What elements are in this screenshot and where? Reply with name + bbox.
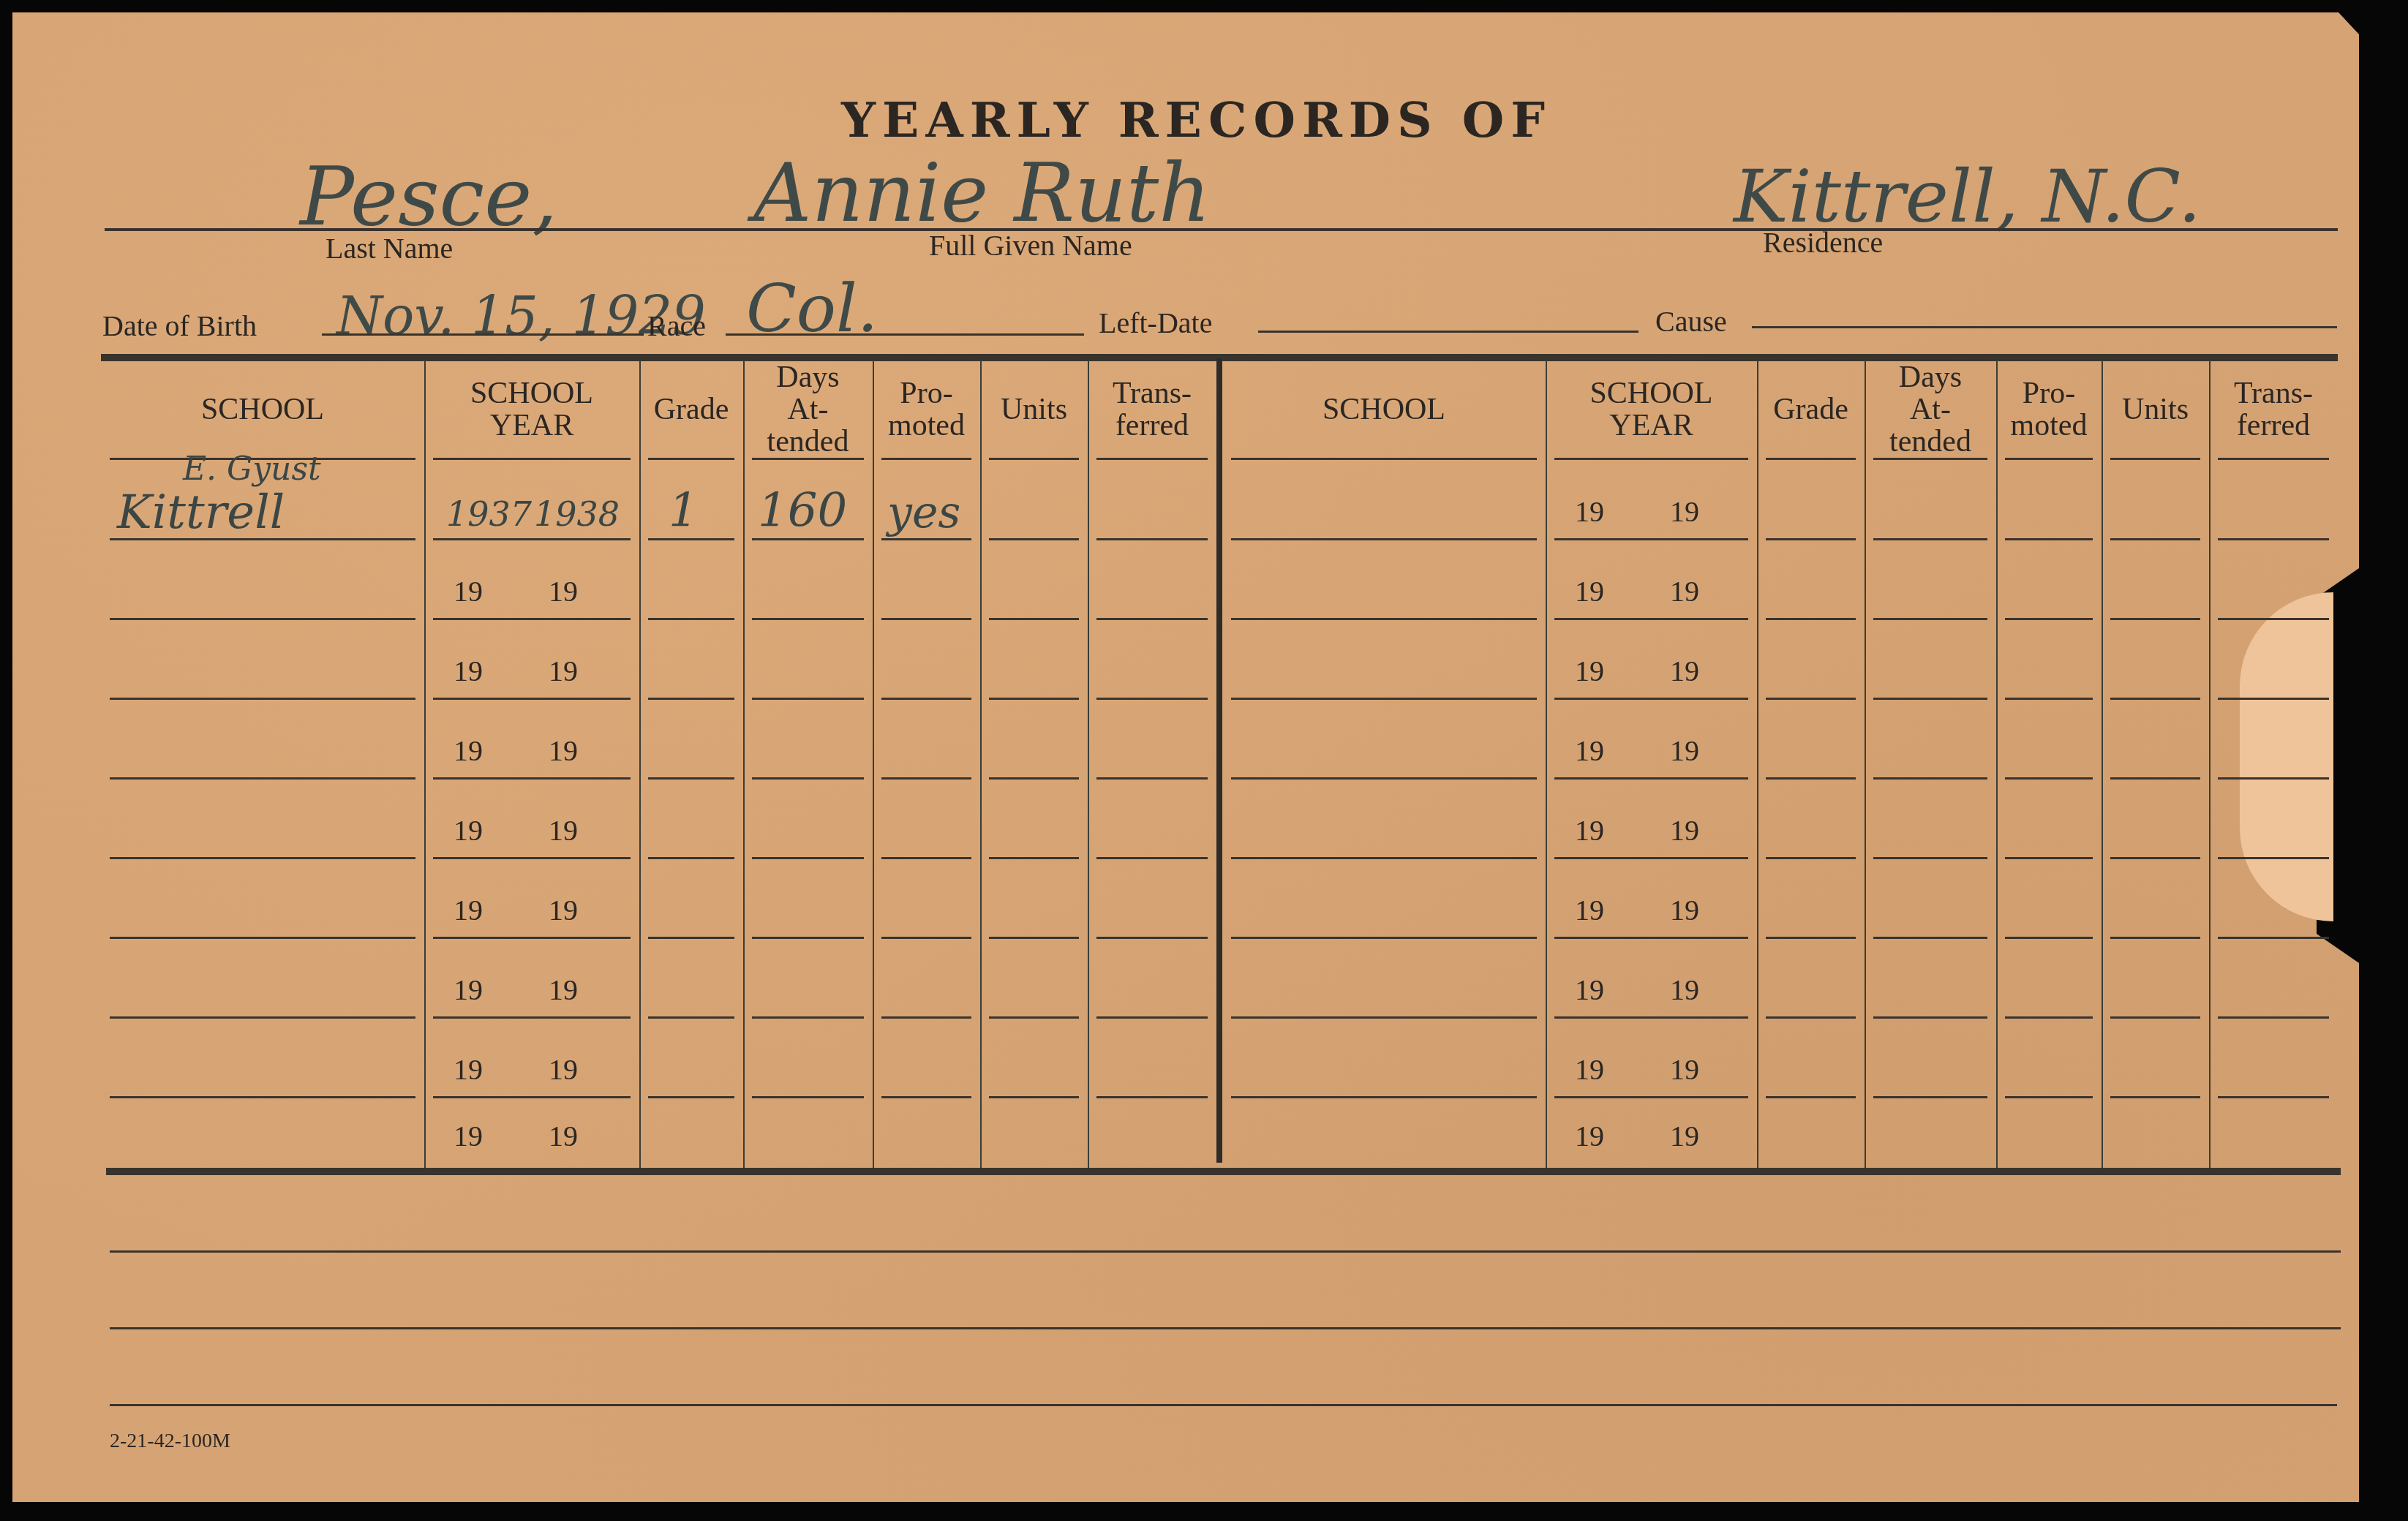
table-bottom-rule bbox=[106, 1168, 2341, 1175]
row-rule bbox=[1766, 458, 1856, 460]
row-rule bbox=[1231, 538, 1537, 540]
race-label: Race bbox=[647, 309, 706, 343]
row-rule bbox=[881, 857, 971, 859]
row-rule bbox=[648, 937, 734, 939]
row-rule bbox=[433, 937, 631, 939]
year-to[interactable]: 19 bbox=[549, 733, 578, 768]
row-rule bbox=[2110, 618, 2200, 620]
row-rule bbox=[433, 458, 631, 460]
row-rule bbox=[1231, 777, 1537, 780]
row-rule bbox=[2110, 1016, 2200, 1019]
row-rule bbox=[752, 1096, 864, 1098]
row-rule bbox=[752, 937, 864, 939]
row-rule bbox=[433, 1096, 631, 1098]
form-code: 2-21-42-100M bbox=[110, 1430, 230, 1453]
row-rule bbox=[1096, 937, 1208, 939]
row-rule bbox=[989, 777, 1079, 780]
row-rule bbox=[1096, 1096, 1208, 1098]
column-header: SCHOOL YEAR bbox=[429, 377, 635, 442]
row-rule bbox=[989, 458, 1079, 460]
grade-value[interactable]: 1 bbox=[669, 484, 699, 538]
row-rule bbox=[2005, 857, 2093, 859]
table-center-divider bbox=[1216, 358, 1222, 1163]
row-rule bbox=[1873, 538, 1987, 540]
row-rule bbox=[648, 857, 734, 859]
year-to[interactable]: 19 bbox=[549, 1119, 578, 1153]
column-header: Pro- moted bbox=[2001, 377, 2097, 442]
row-rule bbox=[1873, 777, 1987, 780]
row-rule bbox=[989, 698, 1079, 700]
row-rule bbox=[110, 857, 415, 859]
row-rule bbox=[881, 937, 971, 939]
column-divider bbox=[980, 360, 982, 1168]
row-rule bbox=[989, 618, 1079, 620]
row-rule bbox=[1231, 857, 1537, 859]
column-divider bbox=[873, 360, 874, 1168]
column-divider bbox=[639, 360, 641, 1168]
column-header: Trans- ferred bbox=[2213, 377, 2333, 442]
row-rule bbox=[2218, 698, 2329, 700]
row-rule bbox=[881, 458, 971, 460]
row-rule bbox=[2005, 1016, 2093, 1019]
cause-field[interactable] bbox=[1752, 326, 2337, 328]
year-from[interactable]: 19 bbox=[1575, 813, 1604, 848]
year-from[interactable]: 19 bbox=[1575, 893, 1604, 927]
given-name-label: Full Given Name bbox=[929, 228, 1132, 263]
row-rule bbox=[2005, 698, 2093, 700]
row-rule bbox=[110, 777, 415, 780]
year-from[interactable]: 19 bbox=[1575, 654, 1604, 688]
row-rule bbox=[1766, 1016, 1856, 1019]
column-header: Units bbox=[985, 393, 1083, 426]
row-rule bbox=[1554, 857, 1748, 859]
index-tab-cutout bbox=[2240, 592, 2333, 921]
column-divider bbox=[1546, 360, 1547, 1168]
row-rule bbox=[2110, 458, 2200, 460]
row-rule bbox=[2005, 777, 2093, 780]
column-header: Grade bbox=[644, 393, 739, 426]
row-rule bbox=[1873, 857, 1987, 859]
column-divider bbox=[2102, 360, 2103, 1168]
year-from[interactable]: 19 bbox=[454, 733, 483, 768]
row-rule bbox=[989, 1016, 1079, 1019]
row-rule bbox=[648, 777, 734, 780]
row-rule bbox=[1096, 618, 1208, 620]
column-divider bbox=[1757, 360, 1758, 1168]
row-rule bbox=[752, 538, 864, 540]
row-rule bbox=[2005, 1096, 2093, 1098]
year-from[interactable]: 19 bbox=[454, 1052, 483, 1087]
dob-label: Date of Birth bbox=[102, 309, 257, 343]
row-rule bbox=[1554, 458, 1748, 460]
row-rule bbox=[110, 1096, 415, 1098]
row-rule bbox=[433, 1016, 631, 1019]
column-header: SCHOOL YEAR bbox=[1550, 377, 1753, 442]
row-rule bbox=[2218, 618, 2329, 620]
row-rule bbox=[1231, 458, 1537, 460]
year-to[interactable]: 1938 bbox=[534, 494, 620, 534]
column-divider bbox=[424, 360, 426, 1168]
row-rule bbox=[648, 698, 734, 700]
row-rule bbox=[1554, 538, 1748, 540]
row-rule bbox=[1554, 618, 1748, 620]
year-to[interactable]: 19 bbox=[1670, 813, 1699, 848]
row-rule bbox=[1096, 1016, 1208, 1019]
row-rule bbox=[1766, 857, 1856, 859]
year-from[interactable]: 19 bbox=[1575, 1052, 1604, 1087]
row-rule bbox=[2110, 1096, 2200, 1098]
column-divider bbox=[1865, 360, 1866, 1168]
row-rule bbox=[1766, 1096, 1856, 1098]
column-header: Pro- moted bbox=[877, 377, 976, 442]
row-rule bbox=[989, 937, 1079, 939]
residence-label: Residence bbox=[1763, 225, 1883, 260]
year-from[interactable]: 19 bbox=[1575, 494, 1604, 529]
column-divider bbox=[743, 360, 745, 1168]
year-to[interactable]: 19 bbox=[549, 574, 578, 608]
notes-line-2[interactable] bbox=[110, 1327, 2341, 1329]
row-rule bbox=[2218, 538, 2329, 540]
row-rule bbox=[752, 857, 864, 859]
row-rule bbox=[752, 618, 864, 620]
race-underline bbox=[726, 333, 1084, 336]
row-rule bbox=[1554, 698, 1748, 700]
cause-label: Cause bbox=[1655, 304, 1727, 339]
row-rule bbox=[1873, 618, 1987, 620]
row-rule bbox=[1554, 1096, 1748, 1098]
row-rule bbox=[648, 538, 734, 540]
column-header: Days At- tended bbox=[748, 361, 868, 458]
school-overwrite-value[interactable]: E. Gyust bbox=[183, 450, 321, 488]
row-rule bbox=[433, 777, 631, 780]
row-rule bbox=[2110, 538, 2200, 540]
row-rule bbox=[1231, 937, 1537, 939]
row-rule bbox=[1096, 698, 1208, 700]
column-divider bbox=[1996, 360, 1998, 1168]
row-rule bbox=[433, 698, 631, 700]
row-rule bbox=[2218, 1016, 2329, 1019]
year-to[interactable]: 19 bbox=[549, 1052, 578, 1087]
row-rule bbox=[648, 1096, 734, 1098]
column-divider bbox=[1088, 360, 1089, 1168]
column-header: Days At- tended bbox=[1869, 361, 1992, 458]
row-rule bbox=[2005, 618, 2093, 620]
row-rule bbox=[2218, 458, 2329, 460]
row-rule bbox=[1873, 458, 1987, 460]
row-rule bbox=[1873, 937, 1987, 939]
row-rule bbox=[110, 698, 415, 700]
row-rule bbox=[1096, 777, 1208, 780]
row-rule bbox=[1873, 698, 1987, 700]
row-rule bbox=[1766, 618, 1856, 620]
row-rule bbox=[752, 458, 864, 460]
row-rule bbox=[2110, 777, 2200, 780]
row-rule bbox=[2218, 777, 2329, 780]
row-rule bbox=[2218, 937, 2329, 939]
row-rule bbox=[1096, 538, 1208, 540]
year-from[interactable]: 19 bbox=[1575, 973, 1604, 1007]
race-value[interactable]: Col. bbox=[746, 271, 878, 347]
form-title: YEARLY RECORDS OF bbox=[841, 91, 1551, 148]
given-name-value[interactable]: Annie Ruth bbox=[753, 146, 1211, 240]
promoted-value[interactable]: yes bbox=[887, 487, 960, 538]
row-rule bbox=[1096, 458, 1208, 460]
year-to[interactable]: 19 bbox=[549, 813, 578, 848]
column-header: Units bbox=[2106, 393, 2205, 426]
row-rule bbox=[1873, 1096, 1987, 1098]
row-rule bbox=[2005, 458, 2093, 460]
row-rule bbox=[881, 698, 971, 700]
row-rule bbox=[2218, 857, 2329, 859]
days-attended-value[interactable]: 160 bbox=[758, 484, 847, 538]
year-from[interactable]: 19 bbox=[454, 574, 483, 608]
year-to[interactable]: 19 bbox=[1670, 893, 1699, 927]
year-from[interactable]: 19 bbox=[454, 654, 483, 688]
row-rule bbox=[1766, 937, 1856, 939]
last-name-label: Last Name bbox=[326, 231, 453, 265]
row-rule bbox=[989, 1096, 1079, 1098]
row-rule bbox=[881, 1096, 971, 1098]
row-rule bbox=[881, 538, 971, 540]
row-rule bbox=[1554, 937, 1748, 939]
row-rule bbox=[433, 857, 631, 859]
year-from[interactable]: 19 bbox=[454, 1119, 483, 1153]
year-from[interactable]: 19 bbox=[1575, 733, 1604, 768]
row-rule bbox=[1231, 1016, 1537, 1019]
school-value[interactable]: Kittrell bbox=[117, 486, 285, 540]
column-header: Grade bbox=[1761, 393, 1860, 426]
row-rule bbox=[110, 937, 415, 939]
row-rule bbox=[110, 1016, 415, 1019]
row-rule bbox=[881, 1016, 971, 1019]
row-rule bbox=[752, 1016, 864, 1019]
row-rule bbox=[433, 618, 631, 620]
row-rule bbox=[1766, 698, 1856, 700]
row-rule bbox=[752, 698, 864, 700]
year-to[interactable]: 19 bbox=[1670, 1119, 1699, 1153]
row-rule bbox=[881, 618, 971, 620]
year-to[interactable]: 19 bbox=[1670, 1052, 1699, 1087]
year-from[interactable]: 1937 bbox=[446, 494, 532, 534]
row-rule bbox=[1554, 1016, 1748, 1019]
left-date-label: Left-Date bbox=[1099, 306, 1212, 340]
year-to[interactable]: 19 bbox=[1670, 574, 1699, 608]
dob-underline bbox=[322, 333, 644, 336]
row-rule bbox=[989, 538, 1079, 540]
row-rule bbox=[989, 857, 1079, 859]
row-rule bbox=[752, 777, 864, 780]
year-to[interactable]: 19 bbox=[549, 893, 578, 927]
row-rule bbox=[2110, 937, 2200, 939]
year-to[interactable]: 19 bbox=[549, 973, 578, 1007]
row-rule bbox=[1231, 698, 1537, 700]
year-from[interactable]: 19 bbox=[1575, 574, 1604, 608]
notes-line-3[interactable] bbox=[110, 1404, 2337, 1406]
column-divider bbox=[2209, 360, 2211, 1168]
row-rule bbox=[2005, 538, 2093, 540]
column-header: SCHOOL bbox=[1227, 393, 1541, 426]
year-to[interactable]: 19 bbox=[1670, 733, 1699, 768]
row-rule bbox=[1096, 857, 1208, 859]
row-rule bbox=[2110, 698, 2200, 700]
row-rule bbox=[2218, 1096, 2329, 1098]
row-rule bbox=[110, 618, 415, 620]
year-from[interactable]: 19 bbox=[454, 813, 483, 848]
row-rule bbox=[648, 458, 734, 460]
row-rule bbox=[648, 1016, 734, 1019]
row-rule bbox=[1231, 1096, 1537, 1098]
row-rule bbox=[2005, 937, 2093, 939]
left-date-field[interactable] bbox=[1258, 331, 1638, 333]
row-rule bbox=[648, 618, 734, 620]
year-from[interactable]: 19 bbox=[454, 893, 483, 927]
row-rule bbox=[1766, 777, 1856, 780]
year-to[interactable]: 19 bbox=[1670, 973, 1699, 1007]
row-rule bbox=[881, 777, 971, 780]
notes-line-1[interactable] bbox=[110, 1250, 2341, 1253]
year-from[interactable]: 19 bbox=[454, 973, 483, 1007]
year-to[interactable]: 19 bbox=[549, 654, 578, 688]
year-to[interactable]: 19 bbox=[1670, 494, 1699, 529]
row-rule bbox=[1231, 618, 1537, 620]
row-rule bbox=[2110, 857, 2200, 859]
column-header: SCHOOL bbox=[105, 393, 420, 426]
row-rule bbox=[1873, 1016, 1987, 1019]
row-rule bbox=[1766, 538, 1856, 540]
row-rule bbox=[1554, 777, 1748, 780]
row-rule bbox=[433, 538, 631, 540]
year-from[interactable]: 19 bbox=[1575, 1119, 1604, 1153]
column-header: Trans- ferred bbox=[1092, 377, 1212, 442]
year-to[interactable]: 19 bbox=[1670, 654, 1699, 688]
